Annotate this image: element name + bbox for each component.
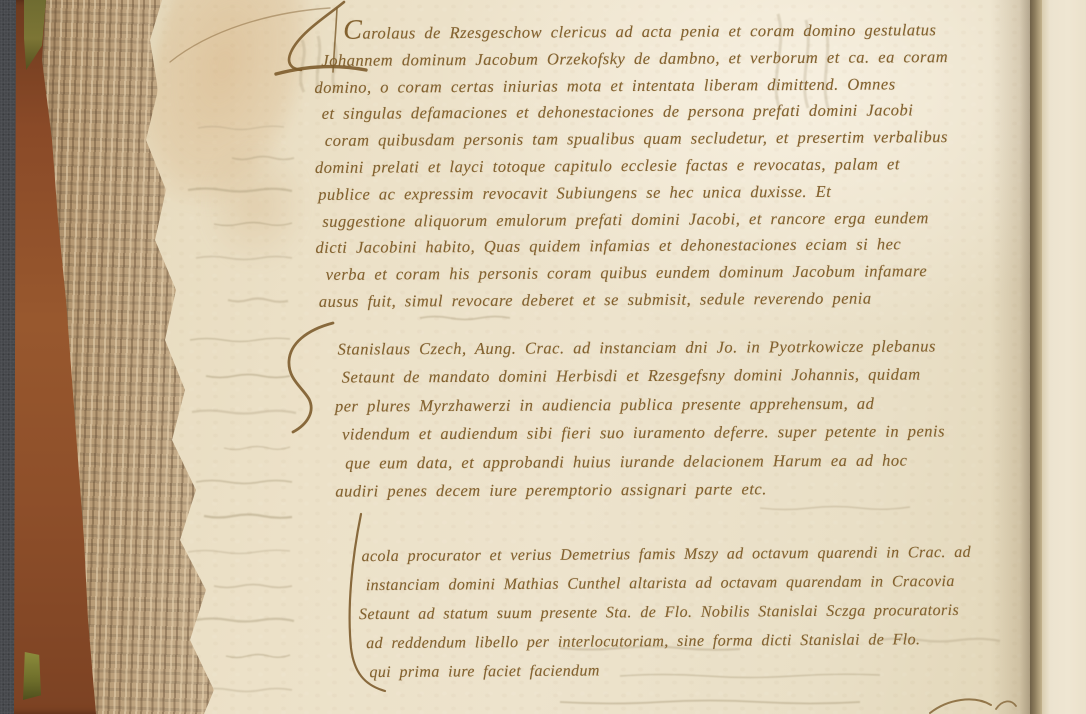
- text-line: Setaunt de mandato domini Herbisdi et Rz…: [342, 361, 945, 393]
- manuscript-photo: Carolaus de Rzesgeschow clericus ad acta…: [0, 0, 1086, 714]
- page-stain-small: [200, 140, 310, 270]
- text-line: et singulas defamaciones et dehonestacio…: [322, 97, 949, 128]
- text-line: videndum et audiendum sibi fieri suo iur…: [342, 418, 945, 450]
- text-line: Setaunt ad statum suum presente Sta. de …: [359, 596, 972, 629]
- text-line: suggestione aliquorum emulorum prefati d…: [322, 205, 949, 236]
- page-curve-shadow: [990, 0, 1032, 714]
- page-edge-line: [1030, 0, 1042, 714]
- text-line: Johannem dominum Jacobum Orzekofsky de d…: [321, 44, 948, 75]
- text-line: coram quibusdam personis tam spualibus q…: [325, 124, 949, 155]
- text-line: domini prelati et layci totoque capitulo…: [315, 151, 949, 182]
- ink-text-entry-1: Carolaus de Rzesgeschow clericus ad acta…: [317, 14, 950, 316]
- text-line: instanciam domini Mathias Cunthel altari…: [366, 567, 972, 600]
- next-page-sliver: [1042, 0, 1086, 714]
- text-line: audiri penes decem iure peremptorio assi…: [335, 474, 945, 506]
- text-line: ad reddendum libello per interlocutoriam…: [366, 625, 972, 658]
- clasp-remnant-bottom: [23, 652, 41, 700]
- text-line: domino, o coram certas iniurias mota et …: [314, 71, 948, 102]
- text-line: dicti Jacobini habito, Quas quidem infam…: [315, 231, 949, 262]
- text-line: Carolaus de Rzesgeschow clericus ad acta…: [317, 14, 948, 48]
- text-line: que eum data, et approbandi huius iurand…: [345, 446, 945, 478]
- text-line: Stanislaus Czech, Aung. Crac. ad instanc…: [338, 332, 945, 364]
- ink-text-entry-2: Stanislaus Czech, Aung. Crac. ad instanc…: [338, 332, 946, 506]
- text-line: verba et coram his personis coram quibus…: [326, 258, 950, 289]
- text-line: publice ac expressim revocavit Subiungen…: [318, 178, 949, 209]
- text-line: per plures Myrzhawerzi in audiencia publ…: [335, 389, 945, 421]
- text-line: ausus fuit, simul revocare deberet et se…: [319, 285, 950, 316]
- text-line: qui prima iure faciet faciendum: [369, 654, 972, 687]
- ink-text-entry-3: acola procurator et verius Demetrius fam…: [362, 538, 972, 687]
- text-line: acola procurator et verius Demetrius fam…: [362, 538, 972, 571]
